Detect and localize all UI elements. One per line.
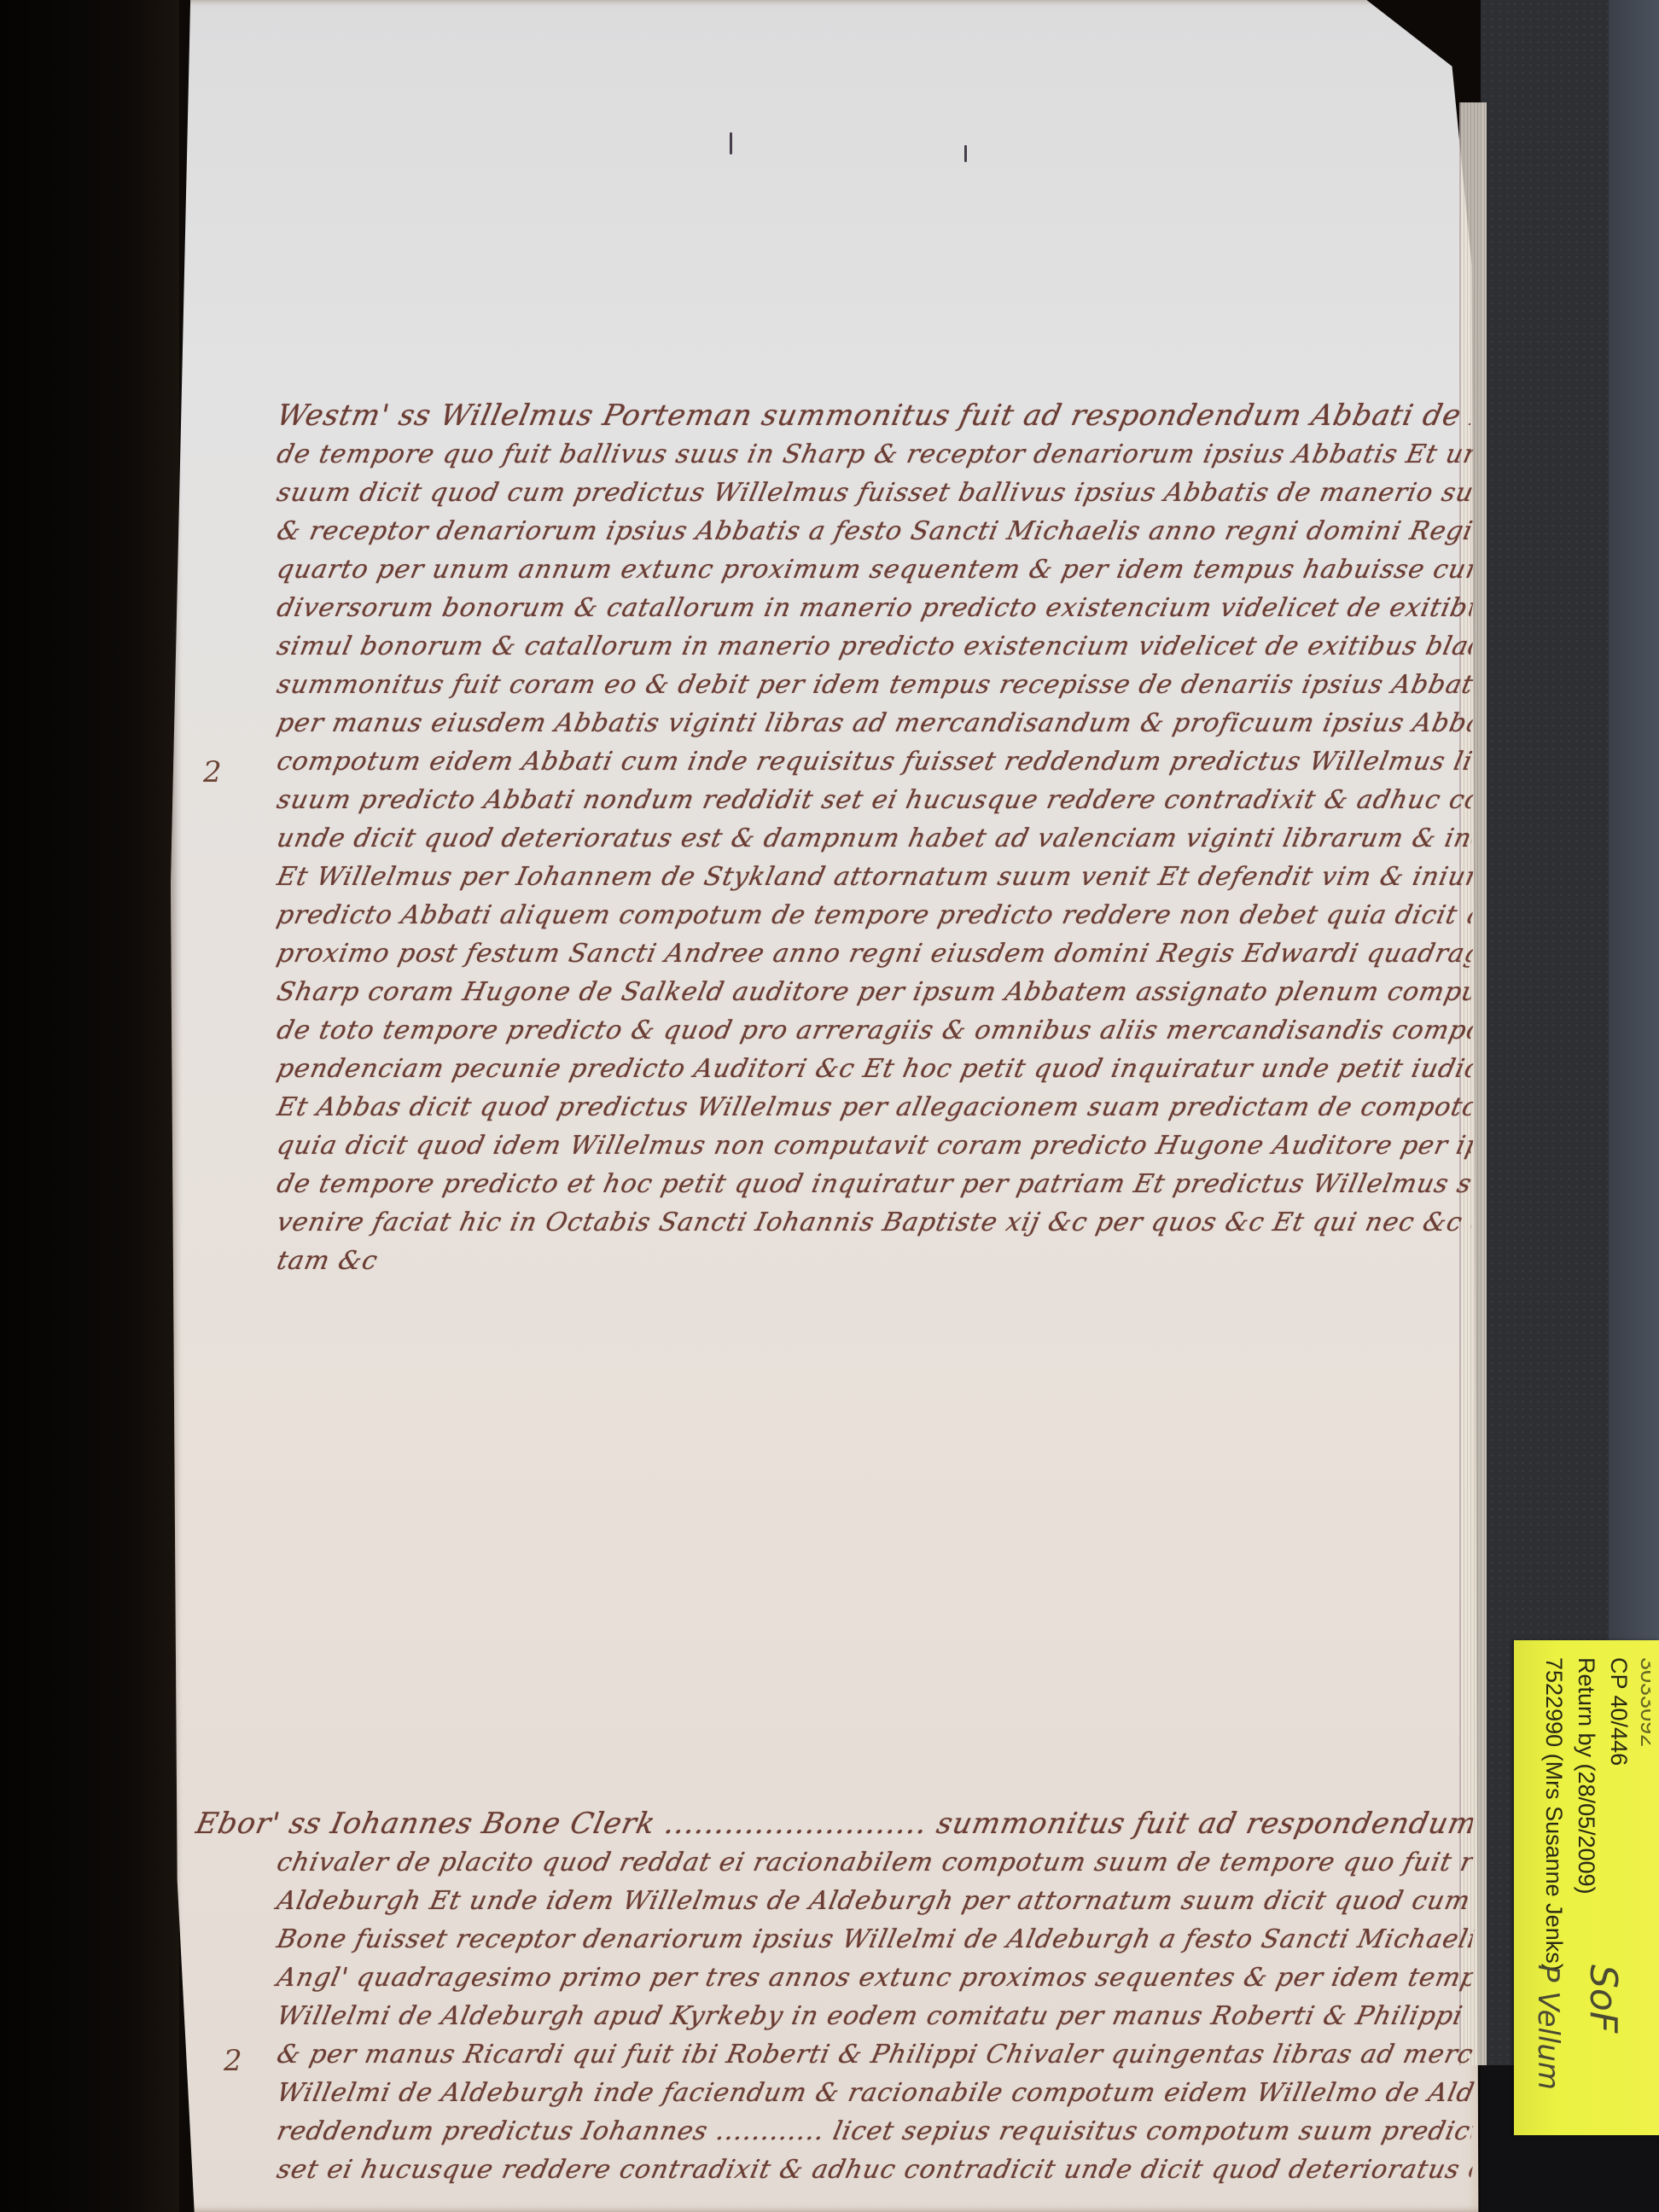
sticky-cut-off-line: 3033092 bbox=[1635, 1657, 1650, 2135]
sticky-return-date: Return by (28/05/2009) bbox=[1570, 1657, 1603, 2135]
sticky-handwritten-sof: SoF bbox=[1581, 1965, 1625, 2033]
dark-background-left bbox=[0, 0, 179, 2212]
plea-entry-2: Ebor' ss Iohannes Bone Clerk ...........… bbox=[196, 1805, 1472, 2189]
plea-entry-1: Westm' ss Willelmus Porteman summonitus … bbox=[277, 397, 1472, 1280]
sticky-handwritten-vellum: P Vellum bbox=[1531, 1965, 1565, 2090]
entry-line: summonitus fuit coram eo & debit per ide… bbox=[273, 666, 1476, 704]
entry-line: tam &c bbox=[273, 1242, 1476, 1280]
entry-line: & per manus Ricardi qui fuit ibi Roberti… bbox=[192, 2035, 1476, 2074]
entry-line: Aldeburgh Et unde idem Willelmus de Alde… bbox=[192, 1882, 1476, 1920]
entry-line: de toto tempore predicto & quod pro arre… bbox=[273, 1011, 1476, 1050]
entry-line: predicto Abbati aliquem compotum de temp… bbox=[273, 896, 1476, 934]
entry-line: Sharp coram Hugone de Salkeld auditore p… bbox=[273, 973, 1476, 1011]
entry-line: venire faciat hic in Octabis Sancti Ioha… bbox=[273, 1203, 1476, 1242]
entry-line: reddendum predictus Iohannes ...........… bbox=[192, 2112, 1476, 2151]
entry-line: de tempore quo fuit ballivus suus in Sha… bbox=[273, 435, 1476, 474]
entry-line: & receptor denariorum ipsius Abbatis a f… bbox=[273, 512, 1476, 550]
stitch-hole bbox=[730, 132, 732, 154]
entry-line: Angl' quadragesimo primo per tres annos … bbox=[192, 1959, 1476, 1997]
marginal-mark: 2 bbox=[203, 755, 222, 789]
entry-line: suum dicit quod cum predictus Willelmus … bbox=[273, 474, 1476, 512]
entry-line: suum predicto Abbati nondum reddidit set… bbox=[273, 781, 1476, 819]
entry-line: Et Abbas dicit quod predictus Willelmus … bbox=[273, 1088, 1476, 1126]
entry-line: Westm' ss Willelmus Porteman summonitus … bbox=[273, 397, 1476, 435]
entry-line: simul bonorum & catallorum in manerio pr… bbox=[273, 627, 1476, 666]
stitch-hole bbox=[964, 145, 967, 162]
entry-line: unde dicit quod deterioratus est & dampn… bbox=[273, 819, 1476, 858]
entry-line: pendenciam pecunie predicto Auditori &c … bbox=[273, 1050, 1476, 1088]
marginal-mark: 2 bbox=[224, 2044, 242, 2078]
entry-line: diversorum bonorum & catallorum in maner… bbox=[273, 589, 1476, 627]
entry-line: Bone fuisset receptor denariorum ipsius … bbox=[192, 1920, 1476, 1959]
entry-line: chivaler de placito quod reddat ei racio… bbox=[192, 1843, 1476, 1882]
entry-line: per manus eiusdem Abbatis viginti libras… bbox=[273, 704, 1476, 742]
entry-line: Et Willelmus per Iohannem de Stykland at… bbox=[273, 858, 1476, 896]
entry-line: set ei hucusque reddere contradixit & ad… bbox=[192, 2151, 1476, 2189]
entry-line: quarto per unum annum extunc proximum se… bbox=[273, 550, 1476, 589]
archive-sticky-note: 3033092 CP 40/446 Return by (28/05/2009)… bbox=[1514, 1640, 1659, 2135]
entry-line: Willelmi de Aldeburgh inde faciendum & r… bbox=[192, 2074, 1476, 2112]
entry-line: Ebor' ss Iohannes Bone Clerk ...........… bbox=[192, 1805, 1476, 1843]
entry-line: proximo post festum Sancti Andree anno r… bbox=[273, 934, 1476, 973]
sticky-reference: CP 40/446 bbox=[1603, 1657, 1635, 2135]
entry-line: Willelmi de Aldeburgh apud Kyrkeby in eo… bbox=[192, 1997, 1476, 2035]
entry-line: de tempore predicto et hoc petit quod in… bbox=[273, 1165, 1476, 1203]
entry-line: compotum eidem Abbati cum inde requisitu… bbox=[273, 742, 1476, 781]
entry-line: quia dicit quod idem Willelmus non compu… bbox=[273, 1126, 1476, 1165]
